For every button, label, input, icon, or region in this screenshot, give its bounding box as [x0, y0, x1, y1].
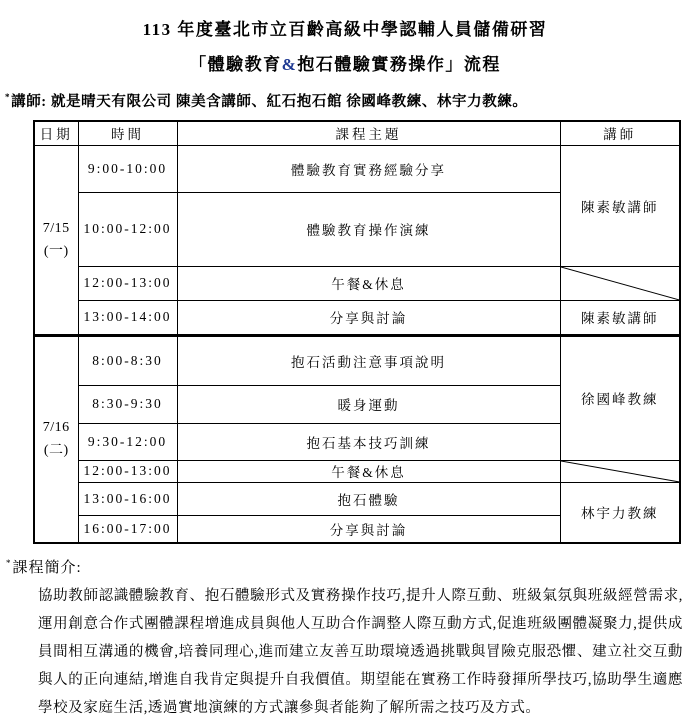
lecturer-cell: 陳素敏講師	[560, 145, 680, 266]
instructors-label: 講師:	[11, 94, 47, 110]
schedule-table: 日期 時間 課程主題 講師 7/15 (一) 9:00-10:00 體驗教育實務…	[33, 120, 681, 544]
time-cell: 13:00-16:00	[78, 482, 177, 515]
topic-cell: 暖身運動	[177, 385, 560, 423]
subtitle-ampersand: &	[282, 55, 298, 74]
time-cell: 8:00-8:30	[78, 335, 177, 385]
page-container: 113 年度臺北市立百齡高級中學認輔人員儲備研習 「體驗教育&抱石體驗實務操作」…	[0, 0, 690, 718]
diagonal-line	[561, 461, 680, 482]
document-subtitle: 「體驗教育&抱石體驗實務操作」流程	[0, 55, 690, 75]
time-cell: 13:00-14:00	[78, 300, 177, 335]
crossed-out-cell	[560, 266, 680, 300]
header-cell-lecturer: 講師	[560, 121, 680, 145]
time-cell: 12:00-13:00	[78, 266, 177, 300]
course-intro-label: 課程簡介:	[13, 560, 82, 576]
topic-cell: 分享與討論	[177, 300, 560, 335]
date-value: 7/15	[35, 217, 78, 240]
topic-cell: 體驗教育操作演練	[177, 192, 560, 266]
table-row: 7/16 (二) 8:00-8:30 抱石活動注意事項說明 徐國峰教練	[34, 335, 680, 385]
table-row: 7/15 (一) 9:00-10:00 體驗教育實務經驗分享 陳素敏講師	[34, 145, 680, 192]
time-cell: 16:00-17:00	[78, 515, 177, 543]
footnote-mark: *	[5, 92, 10, 102]
time-cell: 8:30-9:30	[78, 385, 177, 423]
time-cell: 12:00-13:00	[78, 460, 177, 482]
topic-cell: 體驗教育實務經驗分享	[177, 145, 560, 192]
date-value: 7/16	[35, 416, 78, 439]
subtitle-prefix: 「體驗教育	[189, 55, 282, 74]
topic-cell: 抱石基本技巧訓練	[177, 423, 560, 460]
date-cell-day1: 7/15 (一)	[34, 145, 78, 335]
diagonal-line	[561, 267, 680, 300]
instructors-text: 就是晴天有限公司 陳美含講師、紅石抱石館 徐國峰教練、林宇力教練。	[51, 94, 528, 110]
crossed-out-cell	[560, 460, 680, 482]
date-cell-day2: 7/16 (二)	[34, 335, 78, 543]
topic-cell: 分享與討論	[177, 515, 560, 543]
time-cell: 9:30-12:00	[78, 423, 177, 460]
lecturer-cell: 林宇力教練	[560, 482, 680, 543]
table-header-row: 日期 時間 課程主題 講師	[34, 121, 680, 145]
header-cell-topic: 課程主題	[177, 121, 560, 145]
time-cell: 10:00-12:00	[78, 192, 177, 266]
course-intro-paragraph: 協助教師認識體驗教育、抱石體驗形式及實務操作技巧,提升人際互動、班級氣氛與班級經…	[38, 582, 683, 718]
topic-cell: 抱石活動注意事項說明	[177, 335, 560, 385]
document-page: { "header": { "title_line1": "113 年度臺北市立…	[0, 0, 690, 718]
header-cell-time: 時間	[78, 121, 177, 145]
table-row: 13:00-14:00 分享與討論 陳素敏講師	[34, 300, 680, 335]
topic-cell: 抱石體驗	[177, 482, 560, 515]
course-intro-heading: *課程簡介:	[6, 554, 690, 577]
header-cell-date: 日期	[34, 121, 78, 145]
date-weekday: (二)	[35, 439, 78, 462]
topic-cell: 午餐&休息	[177, 266, 560, 300]
footnote-mark: *	[6, 558, 12, 568]
table-row: 12:00-13:00 午餐&休息	[34, 266, 680, 300]
topic-cell: 午餐&休息	[177, 460, 560, 482]
lecturer-cell: 徐國峰教練	[560, 335, 680, 460]
subtitle-suffix: 抱石體驗實務操作」流程	[297, 55, 501, 74]
table-row: 12:00-13:00 午餐&休息	[34, 460, 680, 482]
course-intro-section: *課程簡介: 協助教師認識體驗教育、抱石體驗形式及實務操作技巧,提升人際互動、班…	[0, 554, 690, 718]
lecturer-cell: 陳素敏講師	[560, 300, 680, 335]
time-cell: 9:00-10:00	[78, 145, 177, 192]
date-weekday: (一)	[35, 240, 78, 263]
table-row: 13:00-16:00 抱石體驗 林宇力教練	[34, 482, 680, 515]
document-title: 113 年度臺北市立百齡高級中學認輔人員儲備研習	[0, 20, 690, 40]
instructors-line: *講師: 就是晴天有限公司 陳美含講師、紅石抱石館 徐國峰教練、林宇力教練。	[5, 90, 690, 111]
